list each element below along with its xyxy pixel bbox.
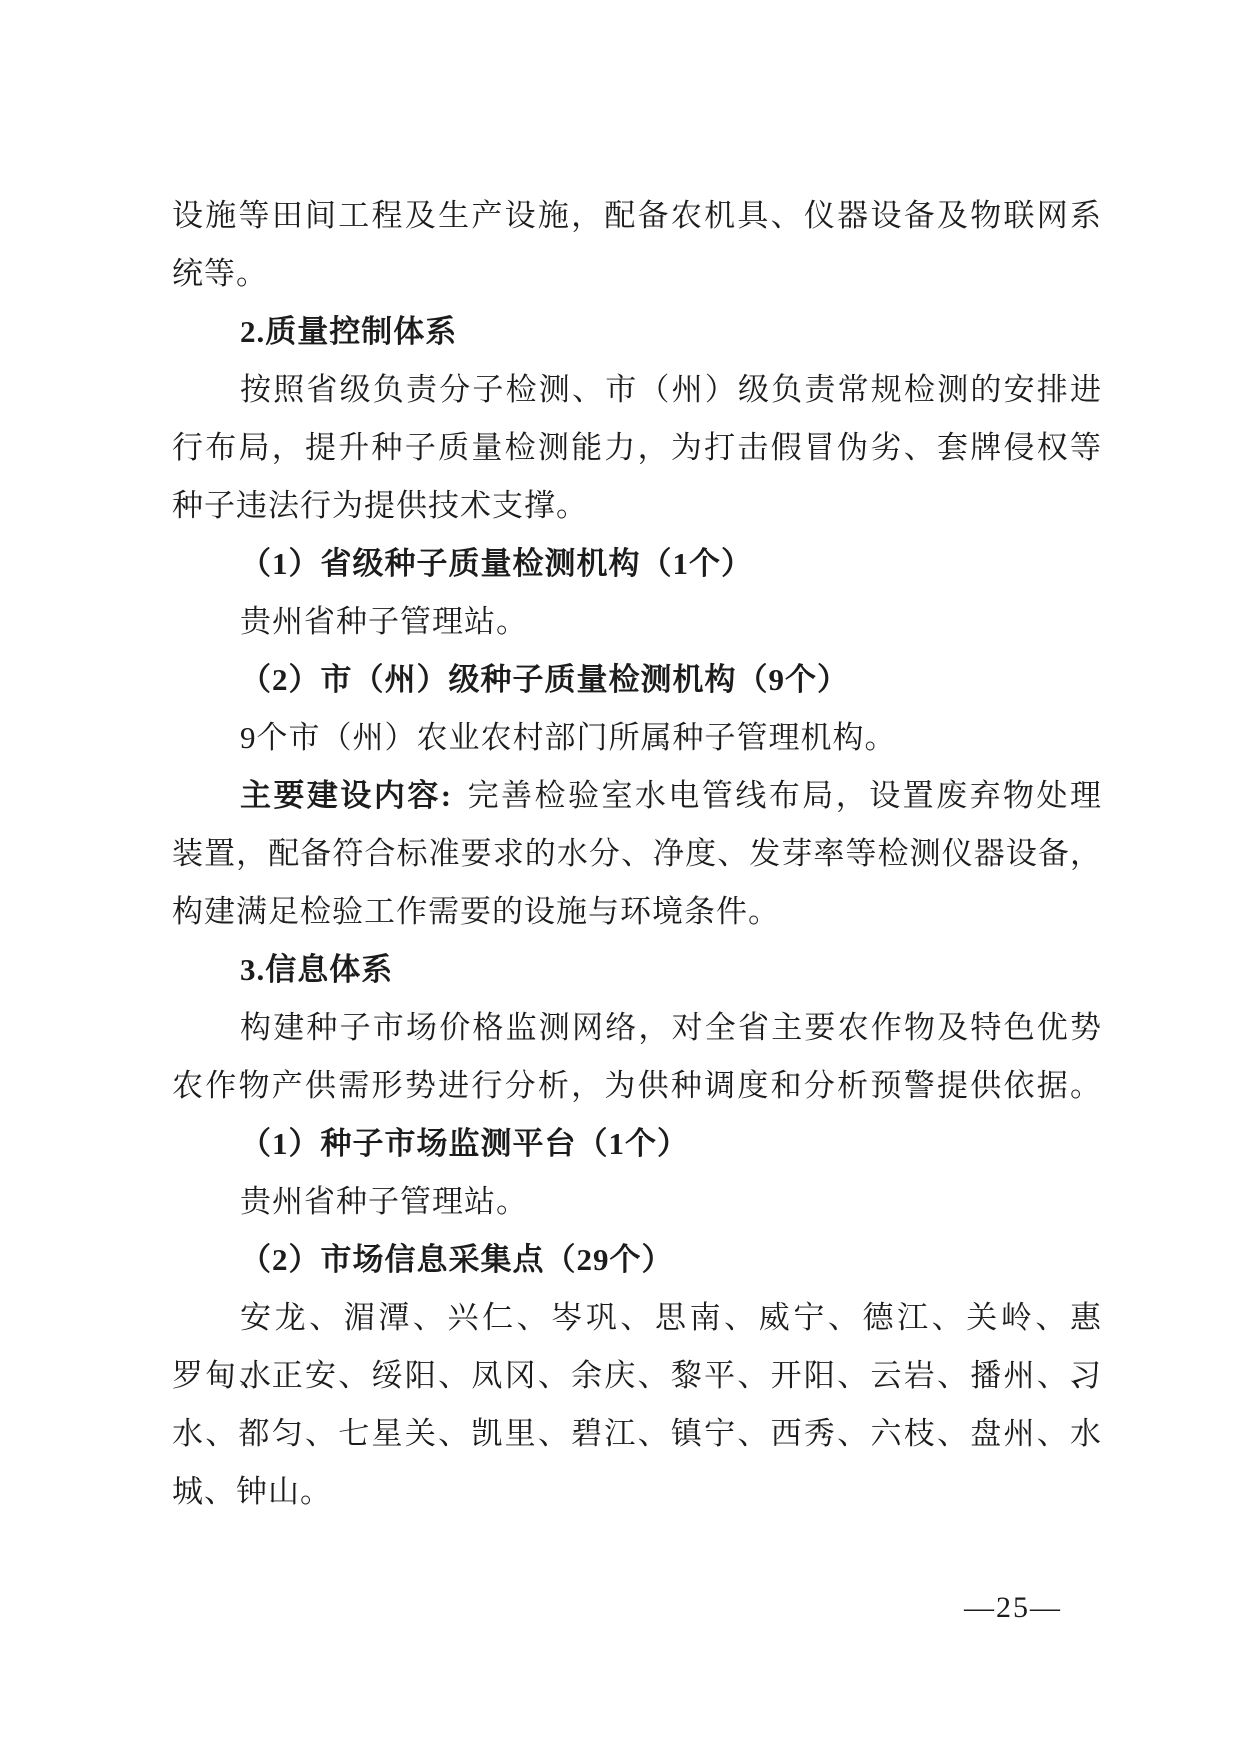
page-number: —25— xyxy=(964,1588,1062,1628)
paragraph-line: 种子违法行为提供技术支撑。 xyxy=(172,477,1102,535)
paragraph-line: 装置，配备符合标准要求的水分、净度、发芽率等检测仪器设备， xyxy=(172,825,1102,883)
paragraph-line: 罗甸、正安、绥阳、凤冈、余庆、黎平、开阳、云岩、播州、习 xyxy=(172,1347,1102,1405)
paragraph-line: 城、钟山。 xyxy=(172,1463,1102,1521)
subheading-market-monitor-platform: （1）种子市场监测平台（1个） xyxy=(172,1115,1102,1173)
paragraph-line: 构建种子市场价格监测网络，对全省主要农作物及特色优势 xyxy=(172,999,1102,1057)
heading-info-system: 3.信息体系 xyxy=(172,941,1102,999)
heading-quality-control-system: 2.质量控制体系 xyxy=(172,303,1102,361)
paragraph-line: 农作物产供需形势进行分析，为供种调度和分析预警提供依据。 xyxy=(172,1057,1102,1115)
subheading-provincial-inspection-agency: （1）省级种子质量检测机构（1个） xyxy=(172,535,1102,593)
paragraph-line: 设施等田间工程及生产设施，配备农机具、仪器设备及物联网系 xyxy=(172,187,1102,245)
paragraph-line: 水、都匀、七星关、凯里、碧江、镇宁、西秀、六枝、盘州、水 xyxy=(172,1405,1102,1463)
construction-content-lead: 主要建设内容: xyxy=(240,778,452,813)
subheading-city-inspection-agency: （2）市（州）级种子质量检测机构（9个） xyxy=(172,651,1102,709)
paragraph-line: 统等。 xyxy=(172,245,1102,303)
document-body: 设施等田间工程及生产设施，配备农机具、仪器设备及物联网系 统等。 2.质量控制体… xyxy=(172,187,1102,1521)
paragraph-line: 安龙、湄潭、兴仁、岑巩、思南、威宁、德江、关岭、惠水、 xyxy=(172,1289,1102,1347)
paragraph-line: 主要建设内容:完善检验室水电管线布局，设置废弃物处理 xyxy=(172,767,1102,825)
paragraph-text: 完善检验室水电管线布局，设置废弃物处理 xyxy=(466,778,1102,813)
paragraph-line: 构建满足检验工作需要的设施与环境条件。 xyxy=(172,883,1102,941)
document-page: 设施等田间工程及生产设施，配备农机具、仪器设备及物联网系 统等。 2.质量控制体… xyxy=(0,0,1240,1752)
paragraph-line: 贵州省种子管理站。 xyxy=(172,593,1102,651)
paragraph-line: 行布局，提升种子质量检测能力，为打击假冒伪劣、套牌侵权等 xyxy=(172,419,1102,477)
paragraph-line: 9个市（州）农业农村部门所属种子管理机构。 xyxy=(172,709,1102,767)
subheading-market-collection-points: （2）市场信息采集点（29个） xyxy=(172,1231,1102,1289)
paragraph-line: 按照省级负责分子检测、市（州）级负责常规检测的安排进 xyxy=(172,361,1102,419)
paragraph-line: 贵州省种子管理站。 xyxy=(172,1173,1102,1231)
